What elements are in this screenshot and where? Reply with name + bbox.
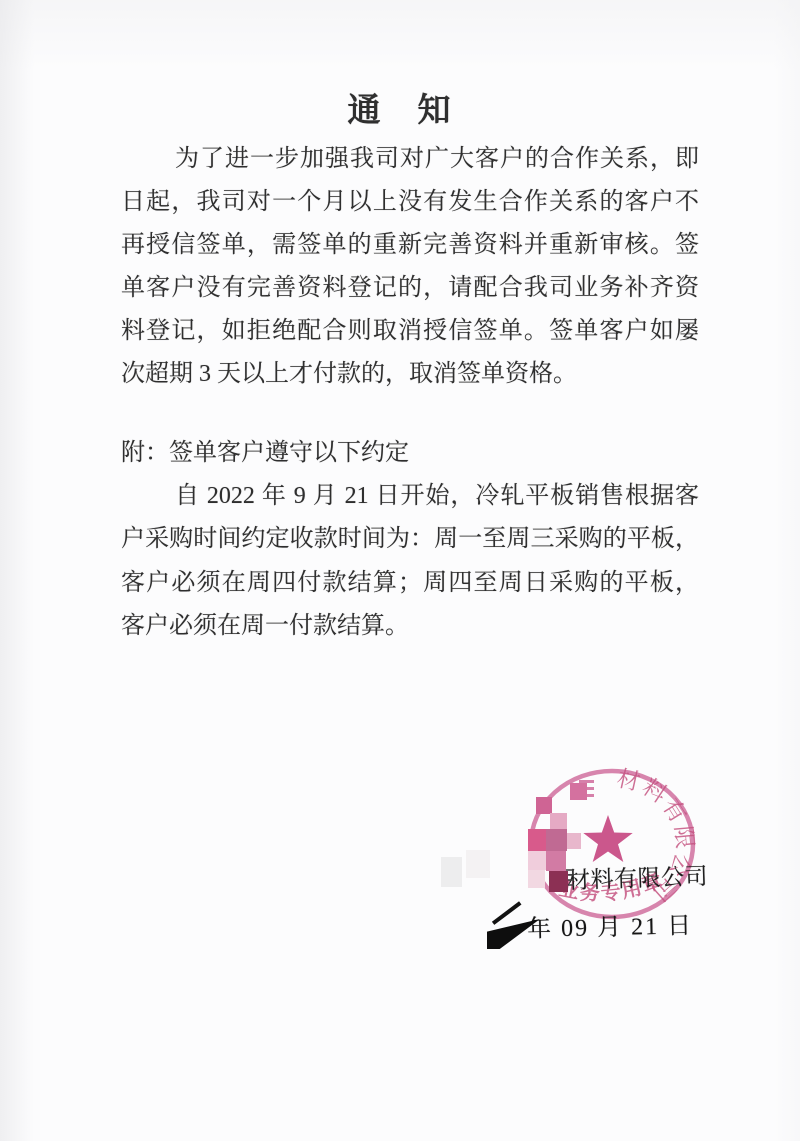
document-title: 通 知 — [0, 84, 800, 131]
mosaic-redaction-block — [528, 851, 546, 870]
notice-line: 日起，我司对一个月以上没有发生合作关系的客户不 — [121, 185, 699, 219]
mosaic-redaction-block — [546, 851, 566, 871]
partial-stroke-mark — [492, 901, 521, 924]
mosaic-redaction-block — [567, 833, 581, 849]
mosaic-redaction-block — [546, 829, 567, 851]
notice-line: 户采购时间约定收款时间为：周一至周三采购的平板， — [121, 522, 699, 556]
mosaic-redaction-block — [466, 850, 490, 878]
notice-line: 客户必须在周一付款结算。 — [121, 609, 699, 643]
mosaic-redaction-block — [528, 829, 546, 851]
notice-document: 通 知 为了进一步加强我司对广大客户的合作关系，即 日起，我司对一个月以上没有发… — [0, 0, 800, 1141]
notice-line: 料登记，如拒绝配合则取消授信签单。签单客户如屡 — [121, 314, 699, 348]
date-text: 年 09 月 21 日 — [527, 905, 694, 943]
mosaic-redaction-block — [441, 857, 462, 887]
notice-line: 再授信签单，需签单的重新完善资料并重新审核。签 — [121, 228, 699, 262]
notice-line: 客户必须在周四付款结算；周四至周日采购的平板， — [121, 566, 699, 600]
notice-line: 为了进一步加强我司对广大客户的合作关系，即 — [121, 142, 699, 176]
star-icon — [583, 815, 632, 862]
attachment-heading: 附：签单客户遵守以下约定 — [121, 436, 699, 470]
company-name-text: 材料有限公司 — [567, 858, 709, 895]
notice-line: 单客户没有完善资料登记的，请配合我司业务补齐资 — [121, 271, 699, 305]
notice-line: 自 2022 年 9 月 21 日开始，冷轧平板销售根据客 — [121, 479, 699, 513]
mosaic-redaction-block — [536, 797, 552, 814]
mosaic-redaction-block — [528, 870, 545, 888]
mosaic-redaction-block — [570, 783, 587, 800]
notice-line: 次超期 3 天以上才付款的，取消签单资格。 — [121, 357, 699, 391]
mosaic-redaction-block — [549, 871, 568, 892]
